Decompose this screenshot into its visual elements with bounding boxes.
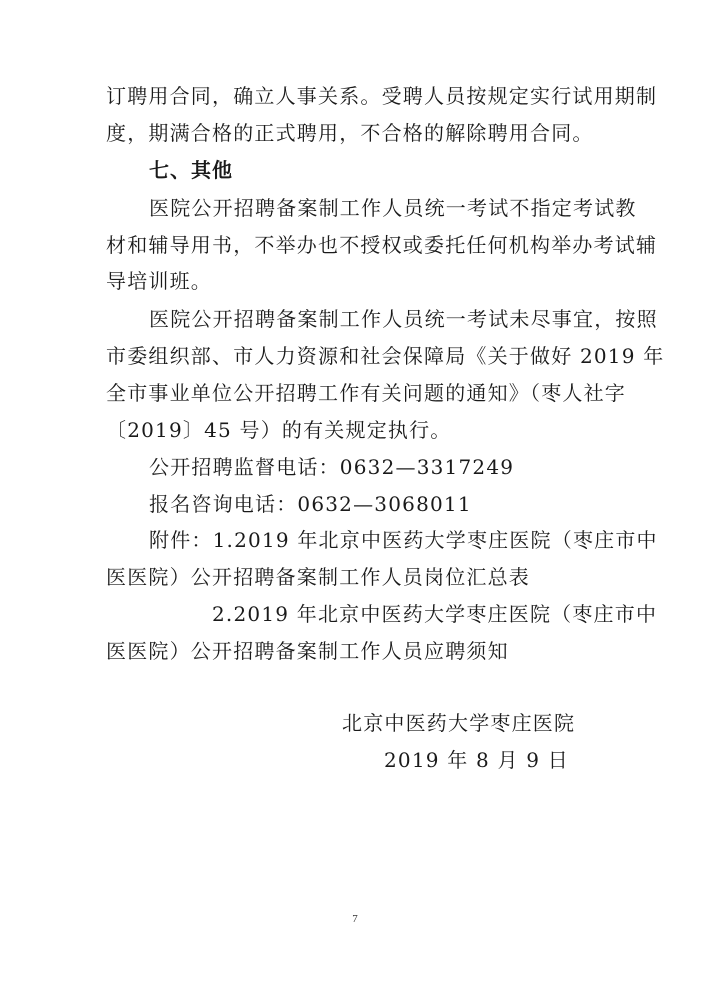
supervision-phone: 公开招聘监督电话：0632—3317249 [149,449,643,486]
section-heading: 七、其他 [149,152,643,189]
attachment-1-cont: 医医院）公开招聘备案制工作人员岗位汇总表 [106,559,600,596]
body-text-line: 导培训班。 [106,263,600,300]
signature: 北京中医药大学枣庄医院 [342,705,709,742]
attachment-2-cont: 医医院）公开招聘备案制工作人员应聘须知 [106,633,600,670]
body-text-line: 度，期满合格的正式聘用，不合格的解除聘用合同。 [106,115,600,152]
attachment-1: 附件：1.2019 年北京中医药大学枣庄医院（枣庄市中 [149,522,643,559]
paragraph-start: 医院公开招聘备案制工作人员统一考试不指定考试教 [149,190,643,227]
body-text-line: 〔2019〕45 号）的有关规定执行。 [106,412,600,449]
document-page: 订聘用合同，确立人事关系。受聘人员按规定实行试用期制 度，期满合格的正式聘用，不… [0,0,709,1002]
page-number: 7 [350,913,360,925]
paragraph-start: 医院公开招聘备案制工作人员统一考试未尽事宜，按照 [149,301,643,338]
body-text-line: 全市事业单位公开招聘工作有关问题的通知》（枣人社字 [106,375,600,412]
inquiry-phone: 报名咨询电话：0632—3068011 [149,486,643,523]
body-text-line: 市委组织部、市人力资源和社会保障局《关于做好 2019 年 [106,338,600,375]
date: 2019 年 8 月 9 日 [384,742,709,779]
body-text-line: 订聘用合同，确立人事关系。受聘人员按规定实行试用期制 [106,78,600,115]
body-text-line: 材和辅导用书，不举办也不授权或委托任何机构举办考试辅 [106,227,600,264]
attachment-2: 2.2019 年北京中医药大学枣庄医院（枣庄市中 [212,596,706,633]
